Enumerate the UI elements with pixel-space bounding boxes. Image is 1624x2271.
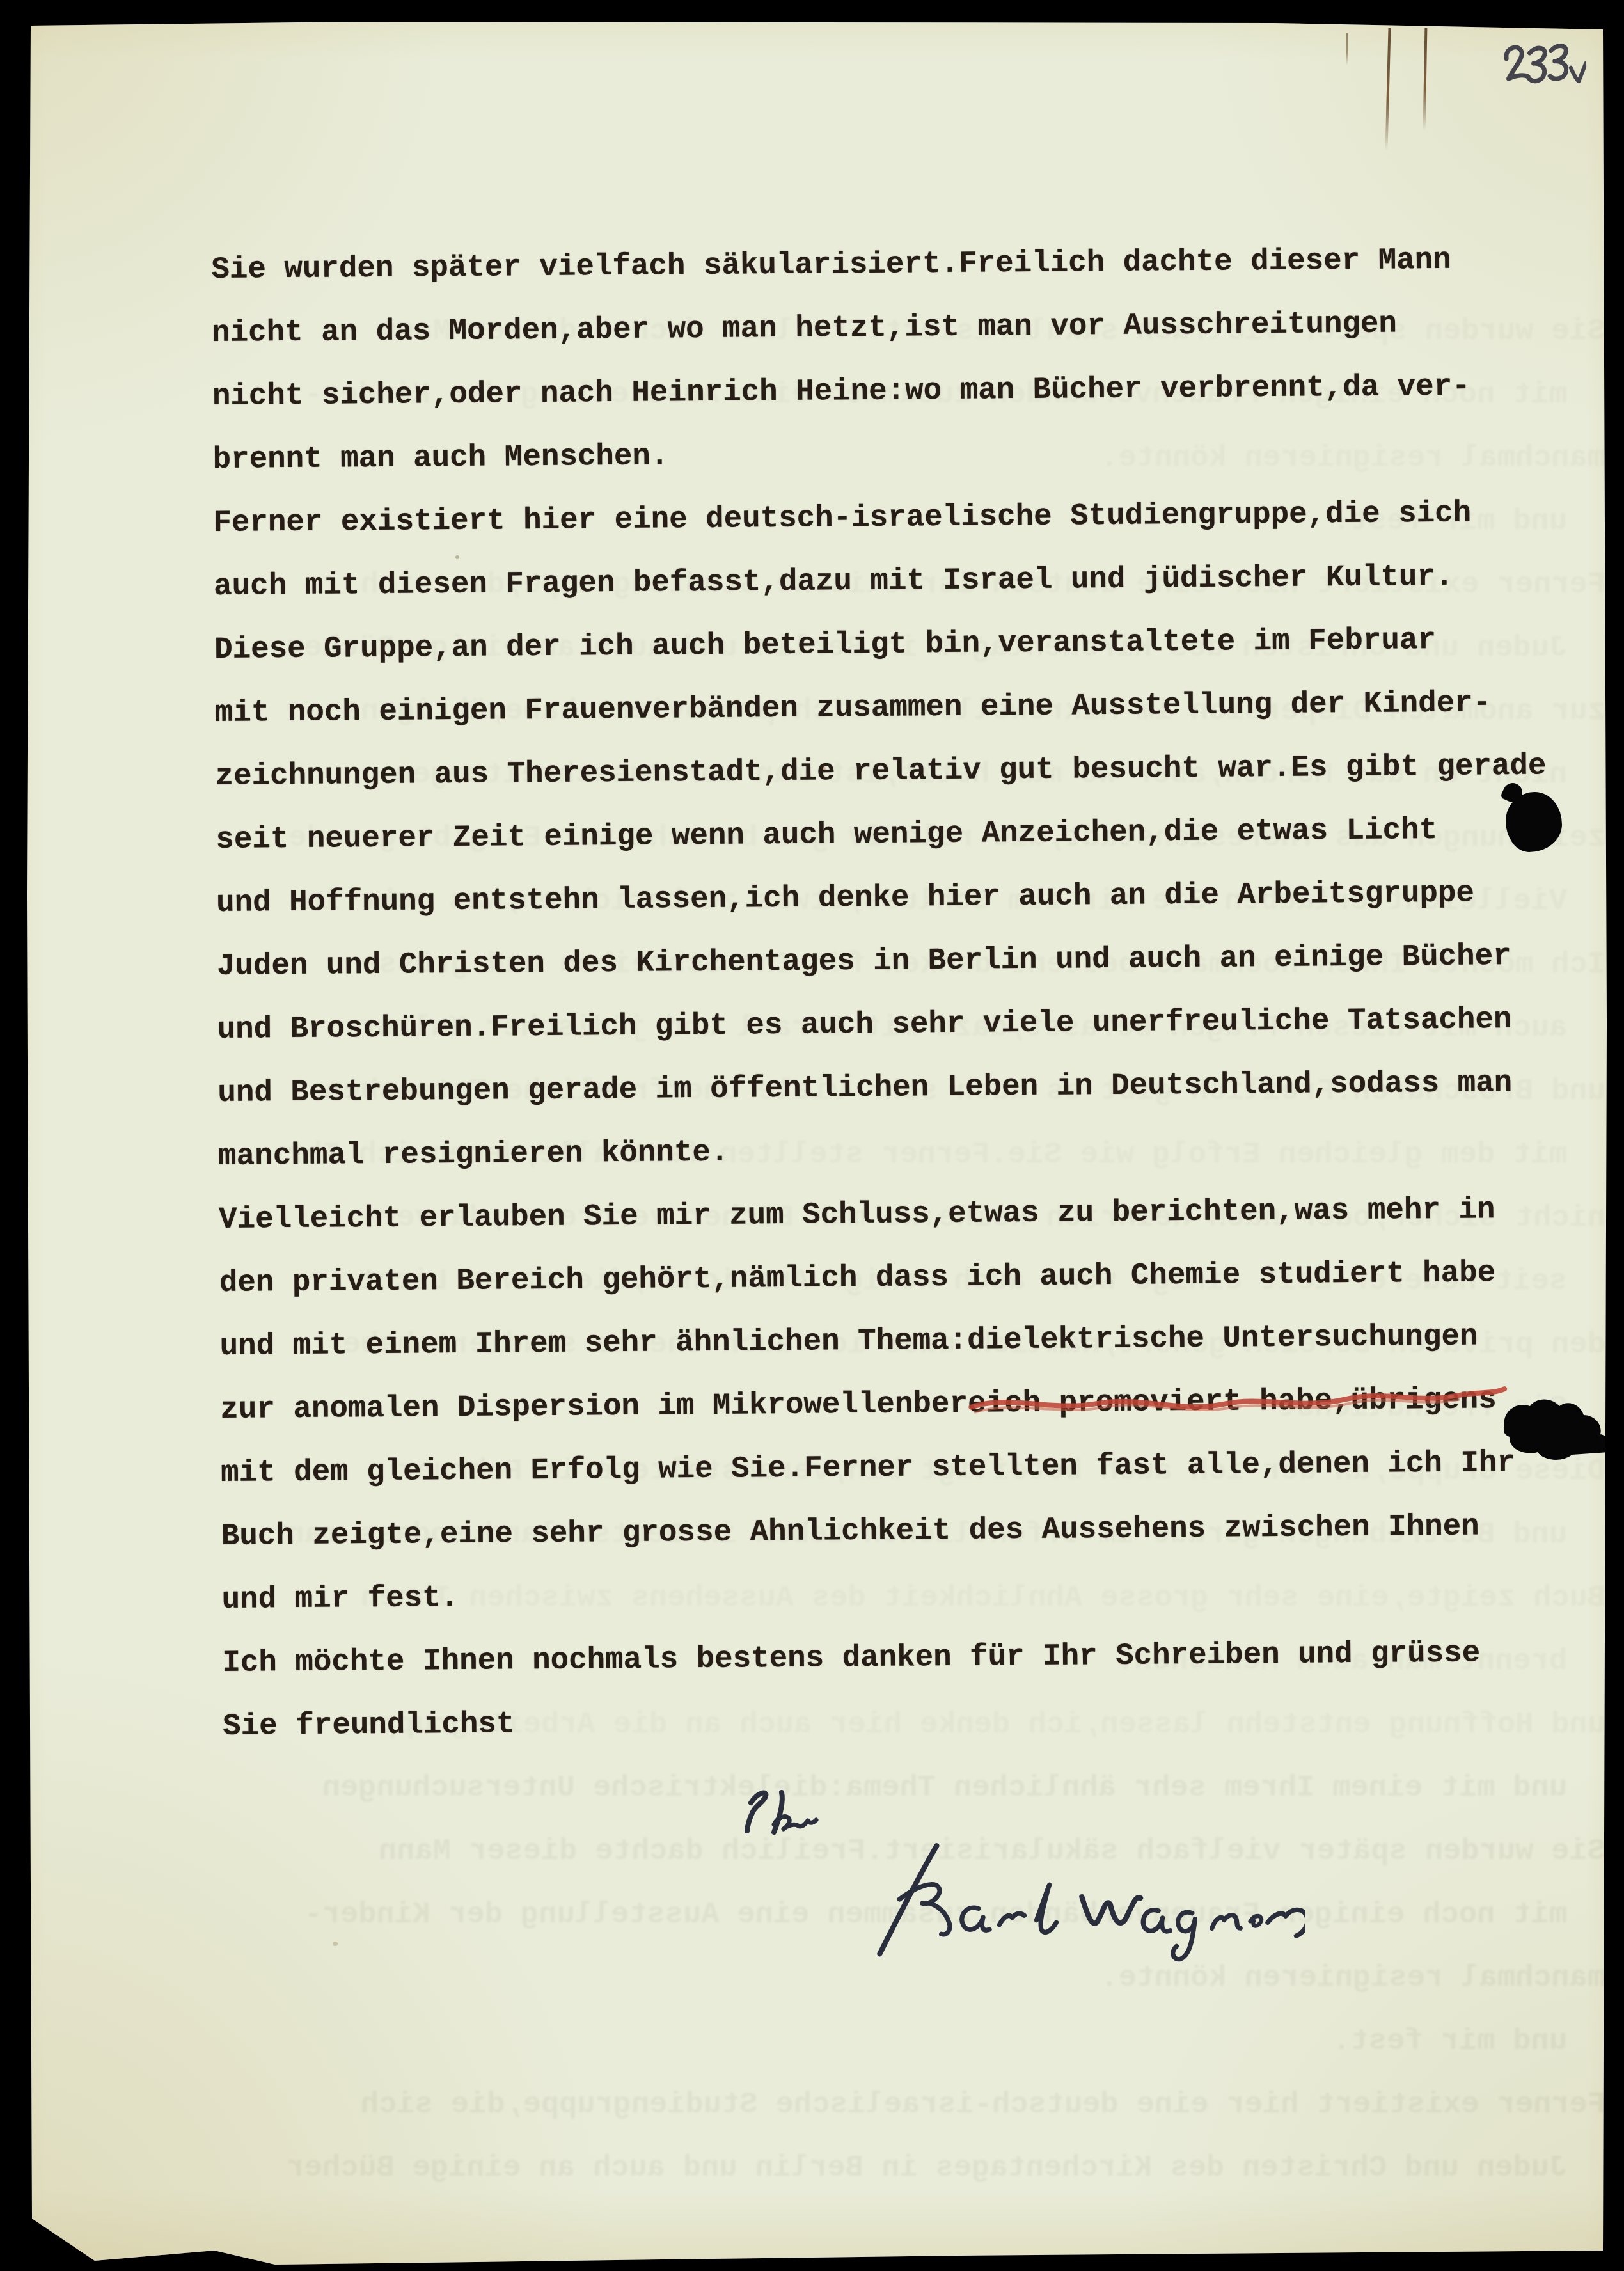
typed-line: Ich möchte Ihnen nochmals bestens danken… [222,1621,1624,1695]
paper-sheet: Sie wurden später vielfach säkularisiert… [0,0,1624,2271]
bleed-through-text: Ferner existiert hier eine deutsch-israe… [262,2073,1605,2137]
typed-line: und Broschüren.Freilich gibt es auch seh… [217,988,1621,1062]
typed-line: nicht sicher,oder nach Heinrich Heine:wo… [212,354,1617,429]
scratch-mark [1385,28,1391,151]
typed-line: und mir fest. [221,1558,1624,1632]
typed-line: Ferner existiert hier eine deutsch-israe… [213,481,1618,555]
red-wavy-underline [962,1373,1513,1423]
scanned-letter-page: { "document": { "page_number_annotation"… [0,0,1624,2271]
page-number-annotation [1495,31,1588,99]
typed-line: manchmal resignieren könnte. [218,1114,1623,1189]
typed-line: seit neuerer Zeit einige wenn auch wenig… [216,798,1620,872]
typed-line: Sie freundlichst [223,1684,1624,1759]
paper-speck [333,1942,338,1946]
typed-line: Buch zeigte,eine sehr grosse Ahnlichkeit… [221,1494,1624,1569]
typed-line: nicht an das Morden,aber wo man hetzt,is… [212,291,1616,365]
typed-line: mit noch einigen Frauenverbänden zusamme… [214,671,1619,745]
typed-line: brennt man auch Menschen. [212,418,1617,492]
bleed-through-text: und mir fest. [224,2010,1567,2073]
typed-line: und Hoffnung entstehn lassen,ich denke h… [216,861,1621,935]
typed-line: Sie wurden später vielfach säkularisiert… [211,228,1616,302]
typed-line: und Bestrebungen gerade im öffentlichen … [217,1051,1622,1125]
signature-karl-wagner [863,1831,1305,1978]
typed-line: den privaten Bereich gehört,nämlich dass… [219,1241,1623,1315]
typed-line: zeichnungen aus Theresienstadt,die relat… [215,734,1620,809]
scratch-mark [1346,33,1348,65]
ink-blot [1495,1392,1611,1464]
typed-line: auch mit diesen Fragen befasst,dazu mit … [214,544,1618,619]
typed-line: mit dem gleichen Erfolg wie Sie.Ferner s… [221,1431,1624,1505]
typed-letter: Sie wurden später vielfach säkularisiert… [211,228,1624,1759]
bleed-through-text: und mit einem Ihrem sehr ähnlichen Thema… [224,1757,1567,1820]
typed-line: Juden und Christen des Kirchentages in B… [217,924,1621,999]
signature-closing-ihr [729,1786,835,1847]
scratch-mark [1423,28,1428,131]
typed-line: Diese Gruppe,an der ich auch beteiligt b… [214,608,1619,682]
typed-line: und mit einem Ihrem sehr ähnlichen Thema… [219,1304,1624,1379]
bleed-through-text: Juden und Christen des Kirchentages in B… [224,2137,1567,2200]
typed-line: Vielleicht erlauben Sie mir zum Schluss,… [219,1178,1623,1252]
